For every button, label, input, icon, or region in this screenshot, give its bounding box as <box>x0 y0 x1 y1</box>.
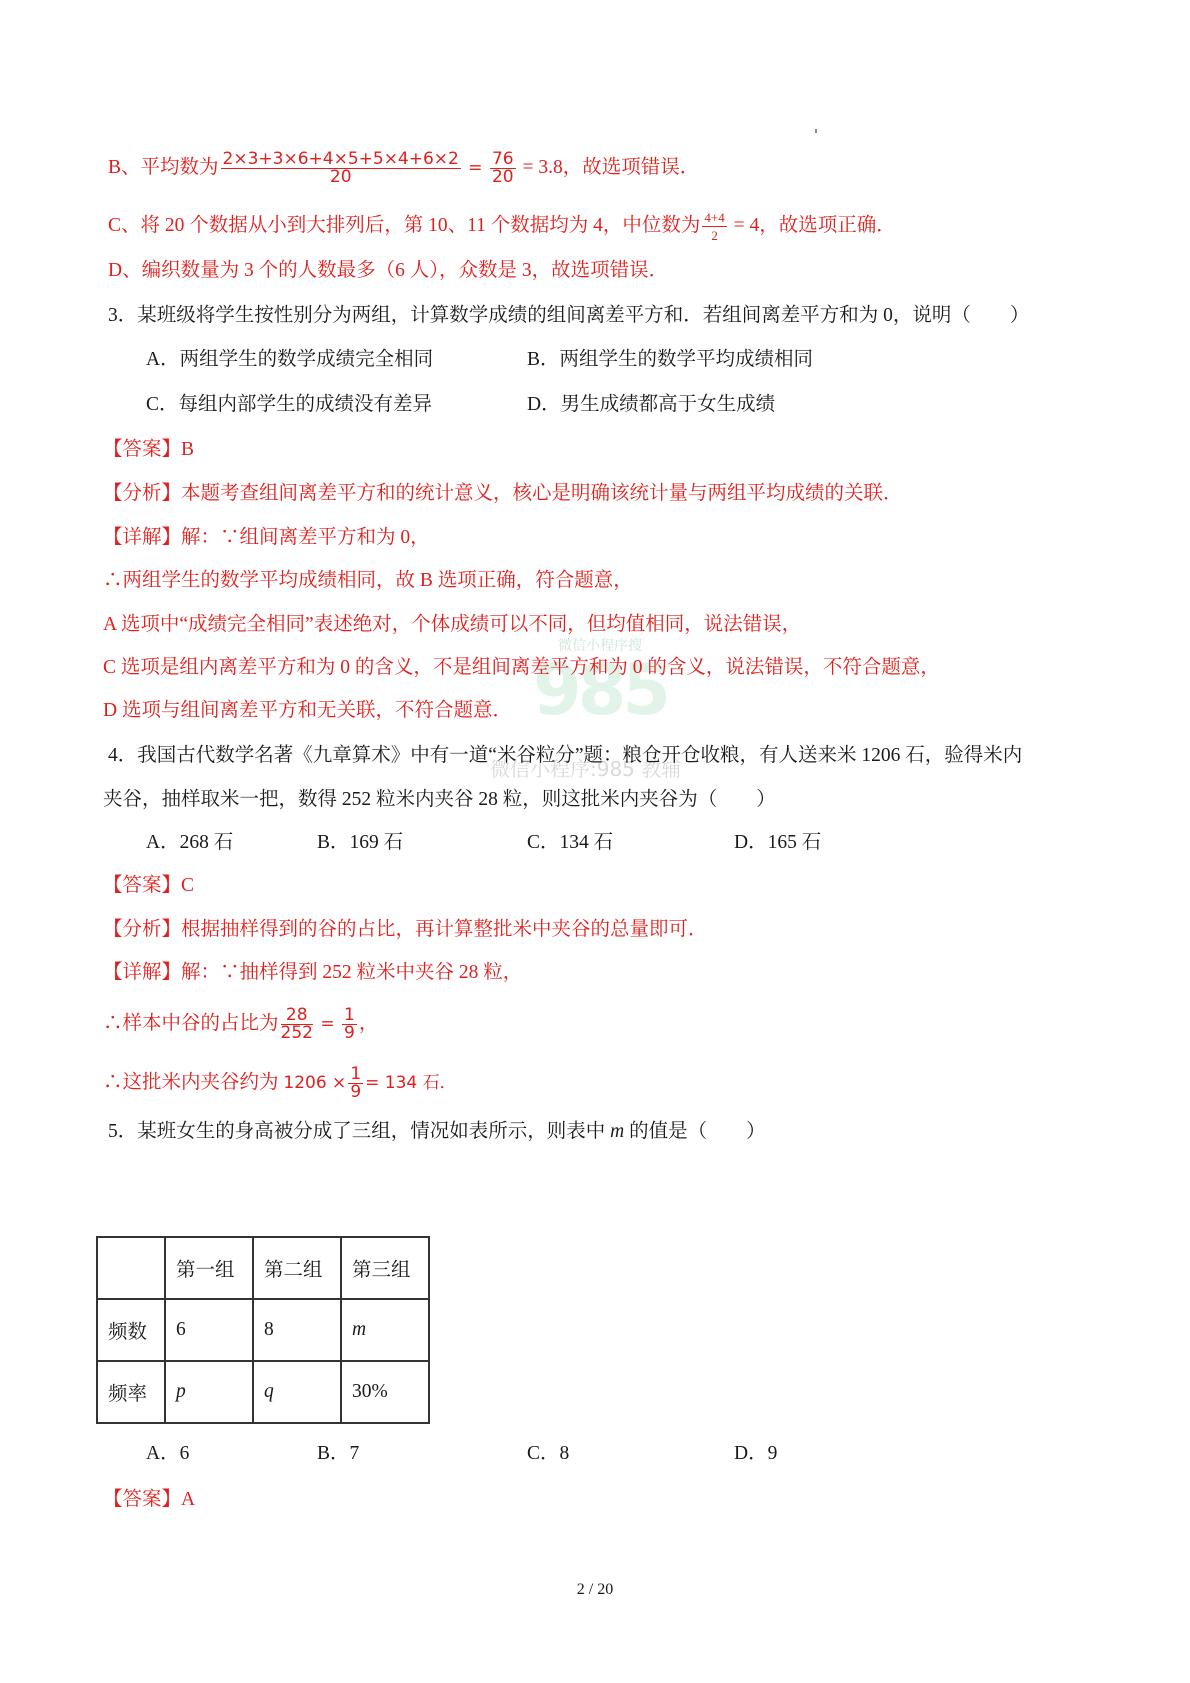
fraction-numerator: 4+4 <box>702 210 726 227</box>
equals-sign: = <box>463 158 488 178</box>
answer-label: 【答案】 <box>103 439 181 460</box>
q3-answer: 【答案】B <box>103 436 194 464</box>
table-header-cell: 第二组 <box>253 1237 341 1299</box>
median-fraction: 4+42 <box>702 210 726 243</box>
c-suffix: = 4，故选项正确． <box>729 215 896 236</box>
q4-analysis: 【分析】根据抽样得到的谷的占比，再计算整批米中夹谷的总量即可． <box>103 916 708 944</box>
q4-answer: 【答案】C <box>103 872 194 900</box>
fraction-denominator: 20 <box>490 169 516 185</box>
q4-option-c: C．134 石 <box>527 829 613 857</box>
ratio-suffix: ， <box>359 1013 379 1034</box>
result-product: 1206 × <box>283 1073 346 1093</box>
result-suffix: = 134 石． <box>365 1073 457 1093</box>
table-cell: 30% <box>341 1361 429 1423</box>
q4-option-d: D．165 石 <box>734 829 821 857</box>
ratio-fraction: 28252 <box>281 1008 313 1041</box>
fraction-denominator: 20 <box>221 169 461 185</box>
analysis-label: 【分析】 <box>103 483 181 504</box>
q3-detail-line: D 选项与组间离差平方和无关联，不符合题意． <box>103 697 512 725</box>
b-suffix: = 3.8，故选项错误． <box>518 157 700 178</box>
mean-fraction-2: 7620 <box>490 152 516 185</box>
q4-detail-ratio: ∴样本中谷的占比为28252 = 19， <box>103 1008 378 1041</box>
answer-value: C <box>181 875 194 896</box>
q3-stem: 3．某班级将学生按性别分为两组，计算数学成绩的组间离差平方和．若组间离差平方和为… <box>108 302 1029 330</box>
table-cell: 6 <box>165 1299 253 1361</box>
mean-fraction: 2×3+3×6+4×5+5×4+6×220 <box>221 152 461 185</box>
prev-solution-b: B、平均数为2×3+3×6+4×5+5×4+6×220 = 7620 = 3.8… <box>108 152 699 185</box>
result-prefix: ∴这批米内夹谷约为 <box>103 1072 283 1093</box>
q3-option-d: D．男生成绩都高于女生成绩 <box>527 391 775 419</box>
q3-detail-line: A 选项中“成绩完全相同”表述绝对，个体成绩可以不同，但均值相同，说法错误， <box>103 611 801 639</box>
answer-label: 【答案】 <box>103 1489 181 1510</box>
stem-suffix: 的值是（ ） <box>624 1121 765 1142</box>
fraction-denominator: 252 <box>281 1025 313 1041</box>
analysis-text: 本题考查组间离差平方和的统计意义，核心是明确该统计量与两组平均成绩的关联． <box>181 483 903 504</box>
stem-variable: m <box>610 1121 624 1142</box>
ratio-prefix: ∴样本中谷的占比为 <box>103 1013 279 1034</box>
table-cell: 8 <box>253 1299 341 1361</box>
ratio-fraction-simplified: 19 <box>342 1008 357 1041</box>
equals-sign: = <box>315 1014 340 1034</box>
answer-value: B <box>181 439 194 460</box>
table-header-cell <box>97 1237 165 1299</box>
table-cell: 频数 <box>97 1299 165 1361</box>
detail-label: 【详解】 <box>103 527 181 548</box>
detail-text: 解：∵抽样得到 252 粒米中夹谷 28 粒， <box>181 962 522 983</box>
table-row: 频数 6 8 m <box>97 1299 429 1361</box>
table-row: 频率 p q 30% <box>97 1361 429 1423</box>
q4-stem-line1: 4．我国古代数学名著《九章算术》中有一道“米谷粒分”题：粮仓开仓收粮，有人送来米… <box>108 742 1022 770</box>
fraction-denominator: 2 <box>702 227 726 243</box>
scan-mark <box>815 129 817 133</box>
analysis-label: 【分析】 <box>103 919 181 940</box>
fraction-denominator: 9 <box>348 1084 363 1100</box>
table-cell: p <box>165 1361 253 1423</box>
result-fraction: 19 <box>348 1067 363 1100</box>
table-header-cell: 第三组 <box>341 1237 429 1299</box>
stem-prefix: 5．某班女生的身高被分成了三组，情况如表所示，则表中 <box>108 1121 610 1142</box>
table-header-cell: 第一组 <box>165 1237 253 1299</box>
detail-label: 【详解】 <box>103 962 181 983</box>
q3-option-c: C．每组内部学生的成绩没有差异 <box>146 391 432 419</box>
page-number: 2 / 20 <box>0 1581 1190 1599</box>
q5-option-c: C．8 <box>527 1440 569 1468</box>
q3-analysis: 【分析】本题考查组间离差平方和的统计意义，核心是明确该统计量与两组平均成绩的关联… <box>103 480 903 508</box>
q3-detail-line: ∴两组学生的数学平均成绩相同，故 B 选项正确，符合题意， <box>103 567 633 595</box>
q4-detail: 【详解】解：∵抽样得到 252 粒米中夹谷 28 粒， <box>103 959 522 987</box>
table-header-row: 第一组 第二组 第三组 <box>97 1237 429 1299</box>
table-cell: m <box>341 1299 429 1361</box>
b-prefix: B、平均数为 <box>108 157 219 178</box>
detail-text: 解：∵组间离差平方和为 0， <box>181 527 430 548</box>
fraction-denominator: 9 <box>342 1025 357 1041</box>
analysis-text: 根据抽样得到的谷的占比，再计算整批米中夹谷的总量即可． <box>181 919 708 940</box>
q4-option-b: B．169 石 <box>317 829 403 857</box>
prev-solution-c: C、将 20 个数据从小到大排列后，第 10、11 个数据均为 4，中位数为4+… <box>108 210 896 243</box>
frequency-table: 第一组 第二组 第三组 频数 6 8 m 频率 p q 30% <box>96 1236 430 1424</box>
q4-detail-result: ∴这批米内夹谷约为 1206 ×19= 134 石． <box>103 1067 457 1100</box>
prev-solution-d: D、编织数量为 3 个的人数最多（6 人），众数是 3，故选项错误． <box>108 257 668 285</box>
table-cell: q <box>253 1361 341 1423</box>
q5-answer: 【答案】A <box>103 1486 195 1514</box>
q3-option-b: B．两组学生的数学平均成绩相同 <box>527 346 813 374</box>
c-prefix: C、将 20 个数据从小到大排列后，第 10、11 个数据均为 4，中位数为 <box>108 215 700 236</box>
answer-label: 【答案】 <box>103 875 181 896</box>
q5-stem: 5．某班女生的身高被分成了三组，情况如表所示，则表中 m 的值是（ ） <box>108 1118 766 1146</box>
q5-option-b: B．7 <box>317 1440 359 1468</box>
q3-detail: 【详解】解：∵组间离差平方和为 0， <box>103 524 430 552</box>
answer-value: A <box>181 1489 195 1510</box>
q3-option-a: A．两组学生的数学成绩完全相同 <box>146 346 433 374</box>
table-cell: 频率 <box>97 1361 165 1423</box>
q3-detail-line: C 选项是组内离差平方和为 0 的含义，不是组间离差平方和为 0 的含义，说法错… <box>103 654 940 682</box>
q4-stem-line2: 夹谷，抽样取米一把，数得 252 粒米内夹谷 28 粒，则这批米内夹谷为（ ） <box>103 786 776 814</box>
q4-option-a: A．268 石 <box>146 829 233 857</box>
q5-option-a: A．6 <box>146 1440 189 1468</box>
q5-option-d: D．9 <box>734 1440 777 1468</box>
